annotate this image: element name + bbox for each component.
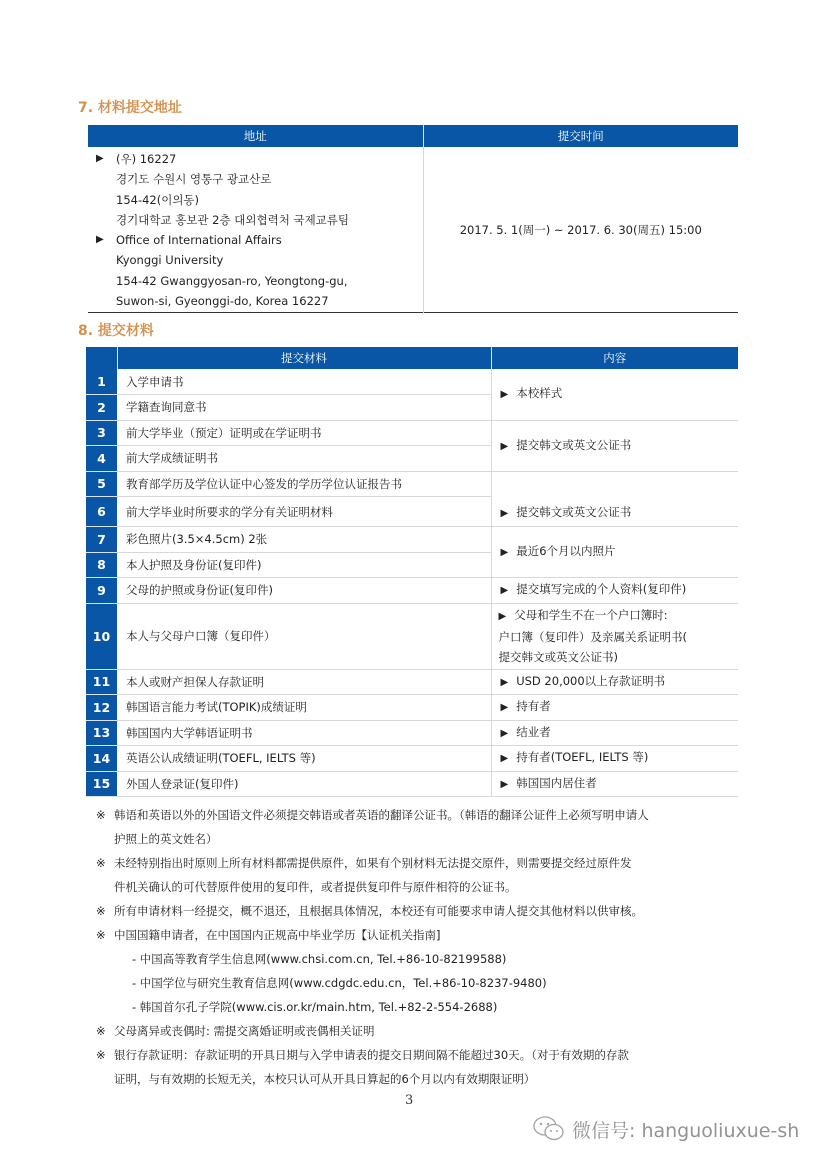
material-item: 本人与父母户口簿（复印件） — [117, 603, 491, 669]
material-item: 英语公认成绩证明(TOEFL, IELTS 等) — [117, 746, 491, 772]
triangle-bullet-icon: ▶ — [96, 230, 104, 250]
address-line: ▶(우) 16227 — [96, 149, 419, 169]
content-cell: ▶父母和学生不在一个户口簿时: 户口簿（复印件）及亲属关系证明书( 提交韩文或英… — [491, 603, 738, 669]
content-cell: ▶韩国国内居住者 — [491, 771, 738, 797]
materials-table: 提交材料 内容 1 入学申请书 ▶本校样式 2 学籍查询同意书 3 前大学毕业（… — [86, 347, 738, 797]
content-cell: ▶持有者(TOEFL, IELTS 等) — [491, 746, 738, 772]
content-cell: ▶提交韩文或英文公证书 — [491, 420, 738, 471]
page-number: 3 — [405, 1093, 413, 1108]
row-number: 10 — [86, 603, 117, 669]
reference-mark-icon: ※ — [96, 923, 106, 947]
material-item: 韩国语言能力考试(TOPIK)成绩证明 — [117, 695, 491, 721]
header-submit-time: 提交时间 — [423, 125, 738, 147]
material-item: 韩国国内大学韩语证明书 — [117, 720, 491, 746]
triangle-bullet-icon: ▶ — [501, 508, 509, 519]
row-number: 4 — [86, 446, 117, 472]
table-row: 10 本人与父母户口簿（复印件） ▶父母和学生不在一个户口簿时: 户口簿（复印件… — [86, 603, 738, 669]
row-number: 7 — [86, 527, 117, 553]
address-row: ▶(우) 16227 경기도 수원시 영통구 광교산로 154-42(이의동) … — [88, 147, 738, 313]
note-item: ※ 韩语和英语以外的外国语文件必须提交韩语或者英语的翻译公证书。（韩语的翻译公证… — [96, 803, 756, 851]
content-cell: ▶结业者 — [491, 720, 738, 746]
material-item: 学籍查询同意书 — [117, 395, 491, 421]
address-line: Suwon-si, Gyeonggi-do, Korea 16227 — [96, 291, 419, 311]
row-number: 8 — [86, 552, 117, 578]
row-number: 3 — [86, 420, 117, 446]
table-row: 1 入学申请书 ▶本校样式 — [86, 369, 738, 395]
content-cell: ▶USD 20,000以上存款证明书 — [491, 669, 738, 695]
content-cell: ▶最近6个月以内照片 — [491, 527, 738, 578]
note-item: ※ 所有申请材料一经提交，概不退还，且根据具体情况，本校还有可能要求申请人提交其… — [96, 899, 756, 923]
content-cell: ▶持有者 — [491, 695, 738, 721]
material-item: 入学申请书 — [117, 369, 491, 395]
address-line: Kyonggi University — [96, 250, 419, 270]
triangle-bullet-icon: ▶ — [501, 753, 509, 764]
material-item: 前大学毕业（预定）证明或在学证明书 — [117, 420, 491, 446]
cert-agency-cis: - 韩国首尔孔子学院(www.cis.or.kr/main.htm, Tel.+… — [114, 995, 756, 1019]
address-table: 地址 提交时间 ▶(우) 16227 경기도 수원시 영통구 광교산로 154-… — [88, 125, 738, 313]
address-cell: ▶(우) 16227 경기도 수원시 영통구 광교산로 154-42(이의동) … — [88, 147, 423, 313]
triangle-bullet-icon: ▶ — [501, 441, 509, 452]
triangle-bullet-icon: ▶ — [501, 702, 509, 713]
material-item: 父母的护照或身份证(复印件) — [117, 578, 491, 604]
wechat-icon — [532, 1114, 566, 1144]
reference-mark-icon: ※ — [96, 803, 106, 827]
reference-mark-icon: ※ — [96, 899, 106, 923]
header-content: 内容 — [491, 347, 738, 369]
header-address: 地址 — [88, 125, 423, 147]
row-number: 1 — [86, 369, 117, 395]
submit-time-cell: 2017. 5. 1(周一) ~ 2017. 6. 30(周五) 15:00 — [423, 147, 738, 313]
note-item: ※ 未经特别指出时原则上所有材料都需提供原件，如果有个别材料无法提交原件，则需要… — [96, 851, 756, 899]
address-line: ▶Office of International Affairs — [96, 230, 419, 250]
address-line: 154-42 Gwanggyosan-ro, Yeongtong-gu, — [96, 271, 419, 291]
notes-section: ※ 韩语和英语以外的外国语文件必须提交韩语或者英语的翻译公证书。（韩语的翻译公证… — [96, 803, 756, 1091]
row-number: 15 — [86, 771, 117, 797]
reference-mark-icon: ※ — [96, 1043, 106, 1067]
triangle-bullet-icon: ▶ — [501, 389, 509, 400]
triangle-bullet-icon: ▶ — [96, 149, 104, 169]
address-line: 경기도 수원시 영통구 광교산로 — [96, 169, 419, 189]
note-item: ※ 中国国籍申请者，在中国国内正规高中毕业学历【认证机关指南] - 中国高等教育… — [96, 923, 756, 1019]
table-row: 5 教育部学历及学位认证中心签发的学历学位认证报告书 ▶提交韩文或英文公证书 — [86, 471, 738, 497]
table-row: 3 前大学毕业（预定）证明或在学证明书 ▶提交韩文或英文公证书 — [86, 420, 738, 446]
content-cell: ▶提交填写完成的个人资料(复印件) — [491, 578, 738, 604]
reference-mark-icon: ※ — [96, 851, 106, 875]
note-item: ※ 父母离异或丧偶时: 需提交离婚证明或丧偶相关证明 — [96, 1019, 756, 1043]
table-row: 14 英语公认成绩证明(TOEFL, IELTS 等) ▶持有者(TOEFL, … — [86, 746, 738, 772]
material-item: 彩色照片(3.5×4.5cm) 2张 — [117, 527, 491, 553]
triangle-bullet-icon: ▶ — [501, 728, 509, 739]
material-item: 前大学成绩证明书 — [117, 446, 491, 472]
row-number: 12 — [86, 695, 117, 721]
cert-agency-chsi: - 中国高等教育学生信息网(www.chsi.com.cn, Tel.+86-1… — [114, 947, 756, 971]
section-8-title: 8. 提交材料 — [78, 320, 154, 340]
reference-mark-icon: ※ — [96, 1019, 106, 1043]
wechat-watermark: 微信号: hanguoliuxue-sh — [532, 1114, 799, 1144]
row-number: 9 — [86, 578, 117, 604]
material-item: 前大学毕业时所要求的学分有关证明材料 — [117, 497, 491, 527]
section-7-title: 7. 材料提交地址 — [78, 97, 182, 117]
material-item: 教育部学历及学位认证中心签发的学历学位认证报告书 — [117, 471, 491, 497]
material-item: 外国人登录证(复印件) — [117, 771, 491, 797]
watermark-text: 微信号: hanguoliuxue-sh — [572, 1116, 799, 1143]
note-item: ※ 银行存款证明：存款证明的开具日期与入学申请表的提交日期间隔不能超过30天。（… — [96, 1043, 756, 1091]
row-number: 14 — [86, 746, 117, 772]
address-line: 경기대학교 홍보관 2층 대외협력처 국제교류팀 — [96, 210, 419, 230]
row-number: 13 — [86, 720, 117, 746]
table-row: 13 韩国国内大学韩语证明书 ▶结业者 — [86, 720, 738, 746]
triangle-bullet-icon: ▶ — [501, 547, 509, 558]
content-cell: ▶提交韩文或英文公证书 — [491, 471, 738, 527]
row-number: 6 — [86, 497, 117, 527]
table-row: 15 外国人登录证(复印件) ▶韩国国内居住者 — [86, 771, 738, 797]
materials-table-header: 提交材料 内容 — [86, 347, 738, 369]
material-item: 本人护照及身份证(复印件) — [117, 552, 491, 578]
cert-agency-cdgdc: - 中国学位与研究生教育信息网(www.cdgdc.edu.cn，Tel.+86… — [114, 971, 756, 995]
header-number — [86, 347, 117, 369]
address-line: 154-42(이의동) — [96, 190, 419, 210]
table-row: 7 彩色照片(3.5×4.5cm) 2张 ▶最近6个月以内照片 — [86, 527, 738, 553]
address-table-header: 地址 提交时间 — [88, 125, 738, 147]
row-number: 5 — [86, 471, 117, 497]
table-row: 12 韩国语言能力考试(TOPIK)成绩证明 ▶持有者 — [86, 695, 738, 721]
row-number: 11 — [86, 669, 117, 695]
triangle-bullet-icon: ▶ — [499, 611, 507, 622]
content-cell: ▶本校样式 — [491, 369, 738, 420]
triangle-bullet-icon: ▶ — [501, 779, 509, 790]
table-row: 11 本人或财产担保人存款证明 ▶USD 20,000以上存款证明书 — [86, 669, 738, 695]
header-material: 提交材料 — [117, 347, 491, 369]
triangle-bullet-icon: ▶ — [501, 585, 509, 596]
triangle-bullet-icon: ▶ — [501, 677, 509, 688]
table-row: 9 父母的护照或身份证(复印件) ▶提交填写完成的个人资料(复印件) — [86, 578, 738, 604]
material-item: 本人或财产担保人存款证明 — [117, 669, 491, 695]
row-number: 2 — [86, 395, 117, 421]
